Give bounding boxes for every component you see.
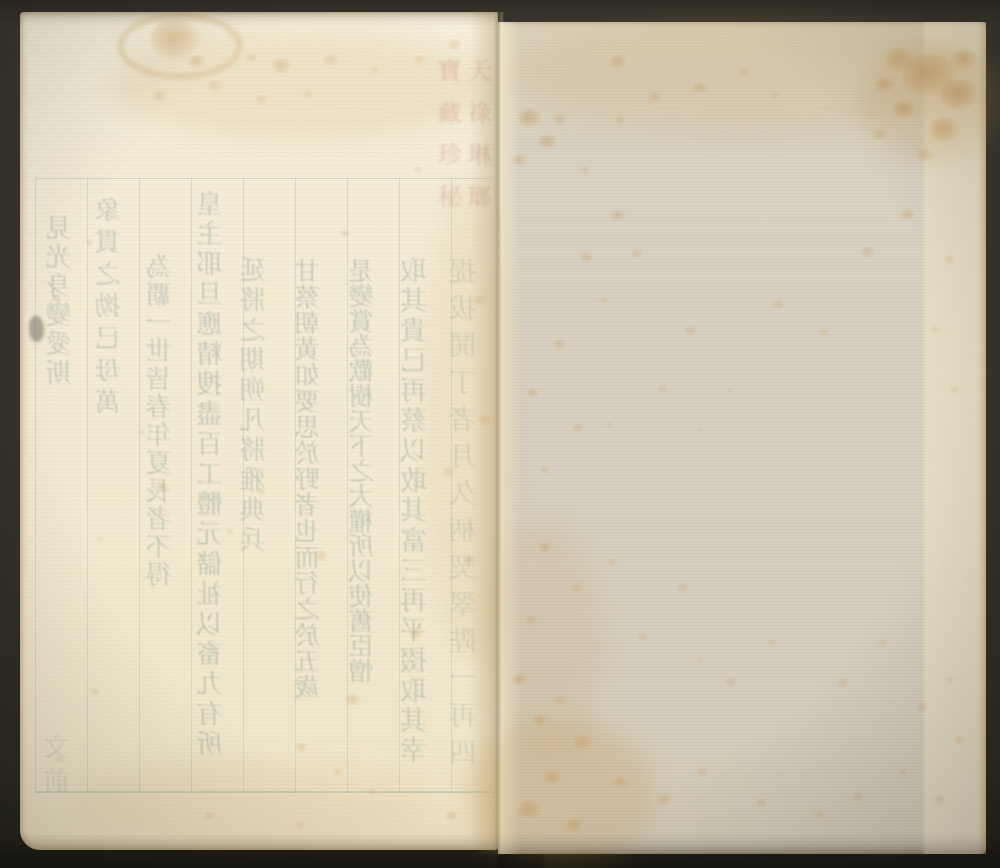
showthrough-text-column: 延將之期朔凡將雅典兵	[236, 256, 273, 556]
showthrough-text-column: 文前	[40, 733, 77, 801]
gutter-shadow	[470, 12, 504, 854]
showthrough-text-column: 取其貴已再蔡以敢其富三再平掇取其幸	[397, 256, 436, 766]
water-stain-ring	[118, 13, 242, 79]
showthrough-text-column: 皇主耶旦應精搜盡百工體元儲祉以畜九有所	[193, 190, 230, 760]
showthrough-text-column: 甘蔡朝黃如要思於野者也而行之於五歲	[291, 258, 327, 700]
ink-smudge	[29, 316, 44, 342]
showthrough-text-column: 見光身變愛斯	[42, 214, 79, 388]
showthrough-text-column: 是變賞為歡樹天下之大權所以使舊臣憎	[345, 258, 381, 683]
book-scan: 天祿琳瑯寶藏珍秘 提拔鬨丁者月久柄契翠陛一再四取其貴已再蔡以敢其富三再平掇取其幸…	[0, 0, 1000, 868]
showthrough-text-column: 象貫之拗已母萬	[91, 196, 128, 420]
showthrough-text-column: 為覇一世皆春年夏長者不得	[142, 253, 179, 589]
